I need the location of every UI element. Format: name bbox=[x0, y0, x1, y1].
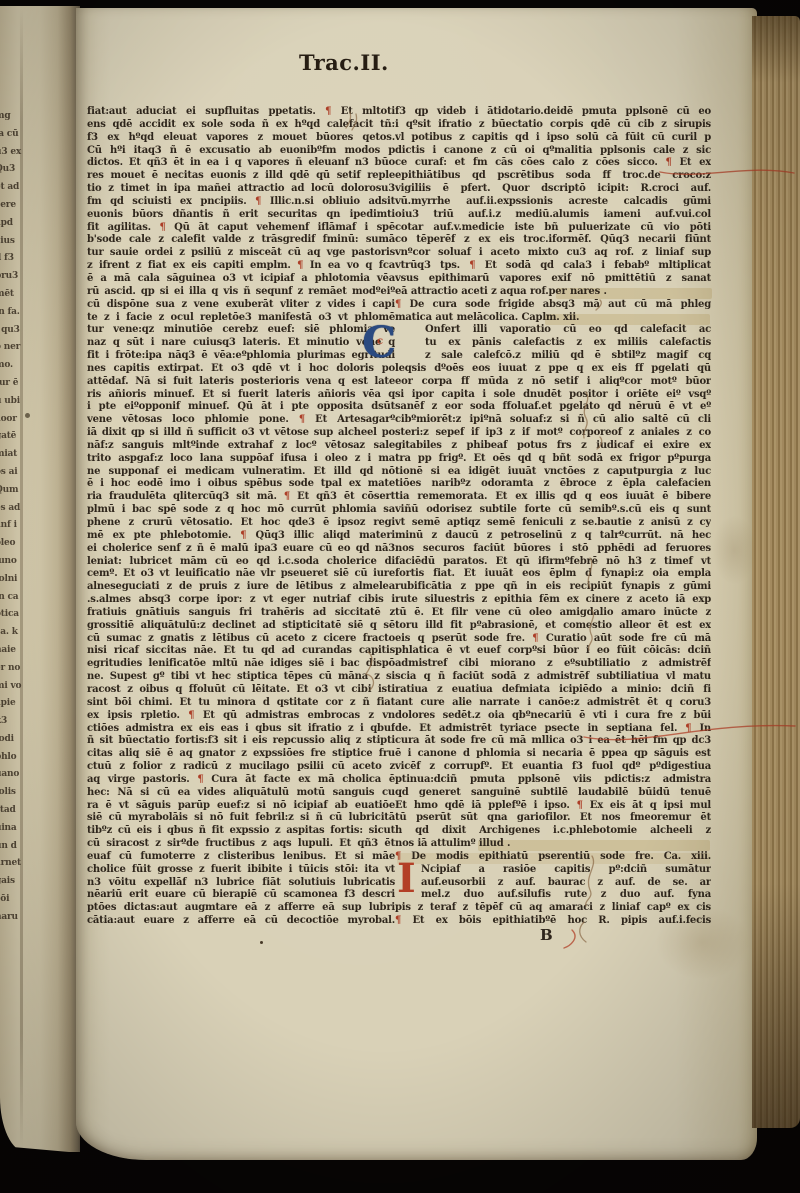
text-line: ris añioris minuef. Et si fuerit lateris… bbox=[87, 389, 395, 402]
text-line: mē ex pte phlebotomie. ¶ Qūq3 illic aliq… bbox=[87, 530, 395, 543]
text-line: nisi ricaf siccitas nāe. Et tu qd ad cur… bbox=[87, 645, 395, 658]
facing-page-fragment: luno bbox=[0, 553, 46, 571]
text-line: rū ascid. qp si ei illa q vis ñ sequnf z… bbox=[87, 286, 395, 299]
text-line: iā dixit qp si illd ñ sufficit o3 vt vēt… bbox=[87, 427, 395, 440]
text-line: ex ipsis rpletio. ¶ Et qū admistras embr… bbox=[87, 710, 395, 723]
text-line: gitabiles z phibeaf potus frs z iudicaf … bbox=[395, 440, 711, 453]
text-line: grossitiē aliquātulū:z declinet ad stipt… bbox=[87, 620, 395, 633]
text-line: euaf cū fumoterre z clisteribus lenibus.… bbox=[87, 851, 395, 864]
text-line: si ipor capita i sole dnudēt positor i o… bbox=[395, 389, 711, 402]
text-line: fit agilitas. ¶ Qū āt caput vehemenf ifl… bbox=[87, 222, 395, 235]
text-line: auf.eusorbii z auf. baurac z auf. de se.… bbox=[395, 877, 711, 890]
text-line: tur vene:qz minutiōe cerebz euef: siē ph… bbox=[87, 324, 395, 337]
text-line: epithiātibus qd pscrētibus soda ff troc.… bbox=[395, 170, 711, 183]
facing-page-fragment: miat bbox=[0, 446, 46, 464]
text-line: cholice fūit grosse z fuerit ibibite i t… bbox=[87, 864, 395, 877]
book-fore-edge bbox=[752, 16, 800, 1128]
text-line: vt semē aptiqz semē feniculi z se.bautie… bbox=[395, 517, 711, 530]
facing-page-fragment: phlo bbox=[0, 749, 46, 767]
text-line: tū ē. Et filr vene cū oleo amigdalio ama… bbox=[395, 607, 711, 620]
facing-page-fragment: stad bbox=[0, 802, 46, 820]
signature-mark: B bbox=[540, 927, 554, 943]
text-line: vl potibus z capitis qd i ipso solū cā f… bbox=[395, 132, 711, 145]
text-line: siē cū myrabolāis si nō fuit febril:z si… bbox=[87, 812, 395, 825]
text-line: fratiuis gnātiuis sanguis fri trahēris a… bbox=[87, 607, 395, 620]
text-line: fiat:aut aduciat ei supfluitas ppetatis.… bbox=[87, 106, 395, 119]
text-line: hec: Nā si cū ea vides aliquātulū motū s… bbox=[87, 787, 395, 800]
facing-page-fragment: cere bbox=[0, 197, 46, 215]
text-line: pis z teraf z tēpēf cū aq amaraci z lini… bbox=[395, 902, 711, 915]
facing-page-fragment: la cū bbox=[0, 126, 46, 144]
facing-page-fragment: es ad bbox=[0, 500, 46, 518]
text-line: tur sauie ordei z psiliū z misceāt cū aq… bbox=[87, 247, 395, 260]
text-line: vene vētosas loco phlomie pone. ¶ Et Art… bbox=[87, 414, 395, 427]
text-line: vnºcor soluaf i aceto mixto cu3 aq rof. … bbox=[395, 247, 711, 260]
facing-page-fragment: folni bbox=[0, 571, 46, 589]
text-line: tū pserūt sūt qna gariofilor. Et nos fme… bbox=[395, 812, 711, 825]
facing-page-fragment: et ad bbox=[0, 179, 46, 197]
text-line: eis q pserūt sode fre. ¶ Curatio aūt sod… bbox=[395, 633, 711, 646]
text-line: viñū odorisez subtile forte cū semibº.s.… bbox=[395, 504, 711, 517]
facing-page-fragment: mg bbox=[0, 108, 46, 126]
facing-page-fragment: in ca bbox=[0, 589, 46, 607]
text-line: ant cure alie narrate i canōe:z admistrē… bbox=[395, 697, 711, 710]
left-text-column: fiat:aut aduciat ei supfluitas ppetatis.… bbox=[87, 106, 395, 928]
text-line: vtrūq3 tps. ¶ Et sodā qd cala3 i febabº … bbox=[395, 260, 711, 273]
running-header: Trac.II. bbox=[299, 52, 389, 74]
facing-page-fragment: tur ē bbox=[0, 375, 46, 393]
text-line: leqsis dºoēs eos iuuat z ppe q ex eis ff… bbox=[395, 363, 711, 376]
text-line: phene z crurū vētosatio. Et hoc qde3 ē i… bbox=[87, 517, 395, 530]
text-line: ptinua:dciñ pmuta pplsonē viis pdictis:z… bbox=[395, 774, 711, 787]
text-line: plmū i bac spē sode z q hoc mō currūt ph… bbox=[87, 504, 395, 517]
text-line: tibºz cū eis i qbus ñ fit expssio z aspi… bbox=[87, 825, 395, 838]
text-line: ptōes dictas:aut augmtare eā z afferre e… bbox=[87, 902, 395, 915]
text-line: ra ē vt sāguis parūp euef:z si nō icipia… bbox=[87, 800, 395, 813]
text-line: ctiōes admistra ex eis eas i qbus sit if… bbox=[87, 723, 395, 736]
text-line: faciēdū paratos. Et qū ifirmºfebrē nō h3… bbox=[395, 556, 711, 569]
facing-page-fragment: ca. k bbox=[0, 624, 46, 642]
text-line: steri:z sepef if ip3 z if motº corporeof… bbox=[395, 427, 711, 440]
text-line: fm qd sciuisti ex pncipiis. ¶ Illic.n.si… bbox=[87, 196, 395, 209]
text-line: rubificātia z ppe qñ in eis recipiūt fyn… bbox=[395, 581, 711, 594]
text-line: f3 ex hºqd eleuat vapores z mouet būores… bbox=[87, 132, 395, 145]
text-line: z ifrent z fiat ex eis capiti emplm. ¶ I… bbox=[87, 260, 395, 273]
text-line: ce curaf: et fm cās cōes calo z cōes sic… bbox=[395, 157, 711, 170]
facing-page-fragment: k3 bbox=[0, 713, 46, 731]
text-line: matica aut melācolica. Caplm. xii. bbox=[395, 312, 711, 325]
facing-page-fragment: Qu3 bbox=[0, 161, 46, 179]
text-line: tra pp frigº. Et oēs qd q bñt sodā ex fr… bbox=[395, 453, 711, 466]
facing-page-fragment: uina bbox=[0, 820, 46, 838]
initial-letter: I bbox=[397, 855, 416, 902]
text-line: euonis būors dñantis ñ erit securitas qn… bbox=[87, 209, 395, 222]
facing-page-fragment: gais bbox=[0, 873, 46, 891]
text-line: ē a mā cala sāguinea o3 vt icipiaf a phl… bbox=[87, 273, 395, 286]
facing-page-fragment: cius bbox=[0, 233, 46, 251]
text-line: ē i hoc eodē imo i oibus spēbus sode tpa… bbox=[87, 478, 395, 491]
facing-page-fragment: oleo bbox=[0, 535, 46, 553]
facing-page-fragment: folis bbox=[0, 784, 46, 802]
facing-page-fragment: aoor bbox=[0, 411, 46, 429]
text-line: cū dispōne sua z vene exuberāt vliter z … bbox=[87, 299, 395, 312]
text-line: ei cholerice senf z ñ ē malū ipa3 euare … bbox=[87, 543, 395, 556]
text-line: tiōes naribºz odoramta z ēbroce z ēpla c… bbox=[395, 478, 711, 491]
text-line: ne. Supest gº tibi vt hec stiptica tēpes… bbox=[87, 671, 395, 684]
facing-page-fragment: i qu3 bbox=[0, 322, 46, 340]
text-line: Cū hºi itaq3 ñ ē excusatio ab euonibºfm … bbox=[87, 145, 395, 158]
facing-page-fragment: otica bbox=[0, 606, 46, 624]
text-line: egritudies lenificatōe mltū nāe idiges s… bbox=[87, 658, 395, 671]
text-line: cātia:aut euare z afferre eā cū decoctiō… bbox=[87, 915, 395, 928]
text-line: ens qdē accidit ex sole soda ñ ex hºqd c… bbox=[87, 119, 395, 132]
facing-page-fragment: mo. bbox=[0, 357, 46, 375]
text-line: toru illd fit pºabrasionē, et comestio a… bbox=[395, 620, 711, 633]
text-line: dictis i canone z cū oi qºmalitia pplson… bbox=[395, 145, 711, 158]
text-line: racost z oibus q ffoluūt cū lēitate. Et … bbox=[87, 684, 395, 697]
text-line: cū sumac z gnatis z lētibus cū aceto z c… bbox=[87, 633, 395, 646]
text-line: scia q ñ faciūt sodā z admistrēf subtili… bbox=[395, 671, 711, 684]
text-line: vigiliis ē pfert. Quor dscriptō icipit: … bbox=[395, 183, 711, 196]
text-line: leniat: lubricet mām cū eo qd i.c.soda c… bbox=[87, 556, 395, 569]
text-line: trito aspgaf:z loco lana suppōaf ifusa i… bbox=[87, 453, 395, 466]
facing-page-fragment: mi vo bbox=[0, 678, 46, 696]
text-line: cibºmiorēt:z ipiºnā soluaf:z si ñ cū ali… bbox=[395, 414, 711, 427]
text-line: i qºsit ifratio z būectatio corpis qdē c… bbox=[395, 119, 711, 132]
facing-page-fragment: mēt bbox=[0, 286, 46, 304]
text-line: nāf:z sanguis mltºinde extrahaf z locº v… bbox=[87, 440, 395, 453]
text-line: tionē si ea idigēt iuuāt vnctōes z caput… bbox=[395, 466, 711, 479]
text-line: nos securos faciūt būores i stō pphēdi a… bbox=[395, 543, 711, 556]
text-line: ñ sit būectatio fortis:f3 sit i eis repc… bbox=[87, 735, 395, 748]
text-line: sint bōi chimi. Et tu minora d qstitate … bbox=[87, 697, 395, 710]
text-line: rute siluestris z epithia fēm ex cinere … bbox=[395, 594, 711, 607]
facing-page-fragment: bru3 bbox=[0, 268, 46, 286]
text-line: z sale calefcō.z miliū qd ē sbtilºz magi… bbox=[395, 350, 711, 363]
text-line: naz q sūt i nare cuiusq3 lateris. Et min… bbox=[87, 337, 395, 350]
facing-page-fragment: naie bbox=[0, 642, 46, 660]
text-line: fortis fiat. Et iuuāt eos ēplm d fynapi:… bbox=[395, 568, 711, 581]
facing-page-fragment: Qum bbox=[0, 482, 46, 500]
facing-page-fragment: u ubi bbox=[0, 393, 46, 411]
facing-page-fragment: arnet bbox=[0, 855, 46, 873]
text-line: minū z daucū z petroselinū z q talrºcurr… bbox=[395, 530, 711, 543]
text-line: cotar auf.v.medicie iste bñ puluerizate … bbox=[395, 222, 711, 235]
facing-page-fragment: uano bbox=[0, 766, 46, 784]
text-line: b'sode cale z calefit valde z trāsgredif… bbox=[87, 234, 395, 247]
facing-page-fragment: naru bbox=[0, 909, 46, 927]
text-line: nos iā attulimº illud . bbox=[395, 838, 711, 851]
text-line: dictos. Et qñ3 ēt in ea i q vapores ñ el… bbox=[87, 157, 395, 170]
text-line: ¶ De modis epithiatū pserentiū sode fre.… bbox=[395, 851, 711, 864]
text-line: f3 qp videb i ātidotario.deidē pmuta ppl… bbox=[395, 106, 711, 119]
text-line: co tēperēf z ex eis troc.iformēf. Qūq3 n… bbox=[395, 234, 711, 247]
text-line: Onfert illi vaporatio cū eo qd calefacit… bbox=[395, 324, 711, 337]
facing-page-fragment: er no bbox=[0, 660, 46, 678]
text-line: ¶ De cura sode frigide absq3 mā aut cū m… bbox=[395, 299, 711, 312]
text-line: fit i frōte:ipa nāq3 ē vēa:eºphlomia plu… bbox=[87, 350, 395, 363]
facing-page-fragment: in fa. bbox=[0, 304, 46, 322]
facing-page-fragment: cōi bbox=[0, 891, 46, 909]
text-line: ratiua z euatiua defmiata icipiēdo a min… bbox=[395, 684, 711, 697]
chapter-initial-c: C c bbox=[362, 323, 400, 365]
text-line: h qd dixit Archigenes i.c.phlebotomie al… bbox=[395, 825, 711, 838]
text-line: attēdaf. Nā si fuit lateris posterioris … bbox=[87, 376, 395, 389]
right-text-column: f3 qp videb i ātidotario.deidē pmuta ppl… bbox=[395, 106, 711, 928]
text-line: ctuū z folior z radicū z mucilago psilii… bbox=[87, 761, 395, 774]
text-line: tia rememorata. Et ex illis qd q eos iuu… bbox=[395, 491, 711, 504]
chapter-initial-i: I bbox=[397, 858, 421, 900]
text-line: sanēf z eor soda ffoluaf.et pgelato qd n… bbox=[395, 401, 711, 414]
text-line: admistref cibi miorano z eºsubtiliatio z… bbox=[395, 658, 711, 671]
text-line: nēariū erit euare cū bierapiē cū scamone… bbox=[87, 889, 395, 902]
text-line: cemº. Et o3 vt leuificatio nāe vlr pseue… bbox=[87, 568, 395, 581]
text-line: vsus epithimarū vapores exif nō pmittēti… bbox=[395, 273, 711, 286]
facing-page-fragment: fodi bbox=[0, 731, 46, 749]
facing-page-fragment: o ner bbox=[0, 339, 46, 357]
facing-page-text-fragments: mgla cūu3 exQu3et adcereapdciusd f3bru3m… bbox=[0, 108, 46, 927]
text-line: alneseguciati z de pruis z iure de lētib… bbox=[87, 581, 395, 594]
text-line: qd generet sanguinē subtilē laudabilē bū… bbox=[395, 787, 711, 800]
text-line: ria fraudulēta qlitercūq3 sit mā. ¶ Et q… bbox=[87, 491, 395, 504]
text-line: tu ex pānis calefactis z ex miliis calef… bbox=[395, 337, 711, 350]
text-line: aq virge pastoris. ¶ Cura āt facte ex mā… bbox=[87, 774, 395, 787]
text-line: nes capitis extirpat. Et o3 qdē vt i hoc… bbox=[87, 363, 395, 376]
text-line: phlatica ē vt euef corpºsi būor i eo fūi… bbox=[395, 645, 711, 658]
text-line: de. Et admistrēt tyriace psecte in septi… bbox=[395, 723, 711, 736]
ink-spot bbox=[260, 941, 263, 944]
text-line: ne supponaf ei medicam vulneratim. Et il… bbox=[87, 466, 395, 479]
text-line: .s.almes absq3 corpe ipor: z vt eger nut… bbox=[87, 594, 395, 607]
text-line: vicēf z corrupfº. Et euantia f3 fuol qdº… bbox=[395, 761, 711, 774]
text-line: mel.z duo auf.silufis rute z duo auf. fy… bbox=[395, 889, 711, 902]
facing-page-fragment: un d bbox=[0, 838, 46, 856]
text-line: te z i facie z ocul repletōe3 manifestā … bbox=[87, 312, 395, 325]
text-line: res mouet ē necitas euonis z illd qdē qū… bbox=[87, 170, 395, 183]
text-line: vū.myrrhe auf.ii.expssionis acreste calc… bbox=[395, 196, 711, 209]
facing-page-fragment: d f3 bbox=[0, 250, 46, 268]
facing-page-fragment: apd bbox=[0, 215, 46, 233]
facing-page-fragment: anf i bbox=[0, 517, 46, 535]
text-line: oiu3 triū auf.i.z mediū.alumis iameni au… bbox=[395, 209, 711, 222]
facing-page-fragment: apie bbox=[0, 695, 46, 713]
text-line: eā attractio aceti z aqua rof.per nares … bbox=[395, 286, 711, 299]
text-line: dolores sedēt.z oia qbºnecariū ē vti i c… bbox=[395, 710, 711, 723]
text-line: citas aliq siē ē aq gnator z expssiōes f… bbox=[87, 748, 395, 761]
text-line: eor corpa ff mūda z nō setif i aliqºcor … bbox=[395, 376, 711, 389]
text-line: i pte eiºopponif minuef. Qū āt i pte opp… bbox=[87, 401, 395, 414]
facing-page-fragment: u3 ex bbox=[0, 144, 46, 162]
guide-letter: c bbox=[377, 337, 383, 347]
facing-page-fragment: os ai bbox=[0, 464, 46, 482]
text-line: Et hmo qdē iā pplefºē i ipso. ¶ Ex eis ā… bbox=[395, 800, 711, 813]
text-line: Ncipiaf a rasiōe capitis pº:dciñ sumātur bbox=[395, 864, 711, 877]
facing-page-fragment: gatē bbox=[0, 428, 46, 446]
text-line: cū siracost z sirºde fructibus z aqs lup… bbox=[87, 838, 395, 851]
text-line: tio z timet in ipa mañei attractio ad lo… bbox=[87, 183, 395, 196]
text-line: cura āt sode fre cū mā mllica o3 i ea ēt… bbox=[395, 735, 711, 748]
text-line: ē i canone d phlomia si necaria ē ppea q… bbox=[395, 748, 711, 761]
text-line: n3 vōitu expellāf n3 lubrice fiāt soluti… bbox=[87, 877, 395, 890]
book-photo: mgla cūu3 exQu3et adcereapdciusd f3bru3m… bbox=[0, 0, 800, 1193]
